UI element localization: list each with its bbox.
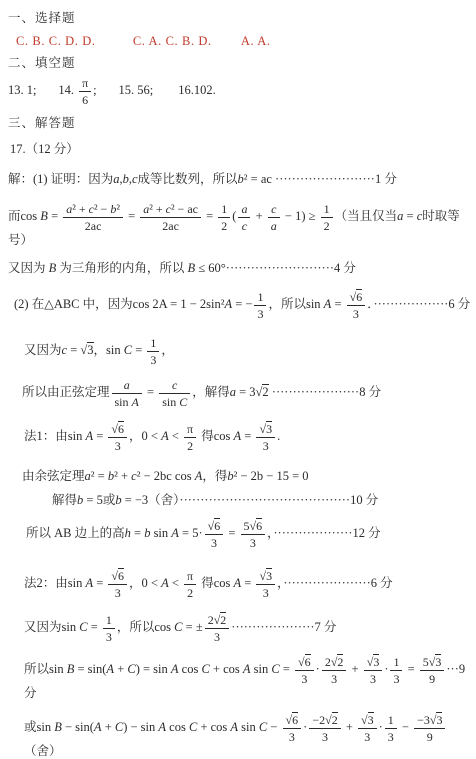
height-on-AB: 所以 AB 边上的高h = b sin A = 5·√63 = 5√63，···… [26, 519, 476, 549]
text-run: = [225, 525, 238, 539]
section-2-heading: 二、填空题 [8, 55, 476, 71]
radical: √6 [208, 518, 221, 533]
fraction: √33 [256, 569, 275, 599]
text-run: 一、选择题 [8, 11, 76, 25]
fraction: 13 [254, 290, 266, 320]
radical: √2 [325, 712, 338, 727]
cosC-value: 又因为sin C = 13，所以cos C = ±2√23···········… [24, 613, 476, 643]
text-run: + [343, 720, 356, 734]
multiple-choice-answers: C. B. C. D. D. C. A. C. B. D. A. A. [16, 33, 476, 49]
fraction: π2 [184, 422, 196, 452]
text-run: C. B. C. D. D. C. A. C. B. D. A. A. [16, 34, 271, 48]
fraction: a² + c² − b²2ac [63, 202, 123, 232]
text-run: (2) 在△ABC 中，因为cos 2A = 1 − 2sin²A = − [14, 297, 252, 311]
radical: √2 [256, 384, 269, 399]
fraction: −2√23 [309, 713, 340, 743]
text-run: · [379, 720, 383, 734]
radical: √3 [429, 654, 442, 669]
fraction: 2√23 [322, 655, 347, 685]
text-run: 或sin B − sin(A + C) − sin A cos C + cos … [24, 720, 281, 734]
radical: √6 [298, 654, 311, 669]
text-run: = [404, 661, 417, 675]
text-run: 所以sin B = sin(A + C) = sin A cos C + cos… [24, 661, 293, 675]
sinB-rejected-case: 或sin B − sin(A + C) − sin A cos C + cos … [24, 713, 476, 759]
fraction: √33 [358, 713, 377, 743]
text-run: 而cos B = [8, 208, 61, 222]
fraction: 5√63 [241, 519, 266, 549]
sinB-calculation: 所以sin B = sin(A + C) = sin A cos C + cos… [24, 655, 476, 701]
text-run: ，0 < A < [129, 429, 182, 443]
solution-step-2-sinA: (2) 在△ABC 中，因为cos 2A = 1 − 2sin²A = −13，… [14, 290, 476, 320]
fraction: 12 [321, 202, 333, 232]
radical: √3 [367, 654, 380, 669]
fraction: π6 [79, 76, 91, 106]
fraction: ac [238, 202, 250, 232]
text-run: 解得b = 5或b = −3（舍）·······················… [52, 493, 378, 507]
text-run: ，所以cos C = ± [117, 619, 203, 633]
text-run: 17.（12 分） [10, 142, 79, 156]
fraction: √63 [108, 569, 127, 599]
fraction: √63 [283, 713, 302, 743]
text-run: ．··················6 分 [367, 297, 470, 311]
text-run: = [144, 385, 157, 399]
radical: √6 [350, 289, 363, 304]
section-3-heading: 三、解答题 [8, 115, 476, 131]
answer-sheet-page: 一、选择题C. B. C. D. D. C. A. C. B. D. A. A.… [0, 0, 476, 759]
text-run: 又因为c = √3，sin C = [24, 342, 145, 357]
fraction: csin C [159, 378, 190, 408]
radical: √3 [259, 421, 272, 436]
document-content: 一、选择题C. B. C. D. D. C. A. C. B. D. A. A.… [0, 10, 476, 759]
fraction: a² + c² − ac2ac [140, 202, 201, 232]
text-run: ， [161, 343, 174, 357]
solution-step-1-proof: 解：(1) 证明：因为a,b,c成等比数列，所以b² = ac ········… [8, 171, 476, 187]
text-run: 又因为 B 为三角形的内角，所以 B ≤ 60°················… [8, 261, 356, 275]
fraction: 12 [218, 202, 230, 232]
text-run: 所以由正弦定理 [22, 385, 110, 399]
fraction: 13 [390, 655, 402, 685]
radical: √2 [214, 612, 227, 627]
radical: √3 [259, 568, 272, 583]
text-run: 得cos A = [198, 429, 254, 443]
fraction: √33 [256, 422, 275, 452]
text-run: ; 15. 56; 16.102. [93, 83, 216, 97]
fraction: √63 [205, 519, 224, 549]
fraction: √63 [295, 655, 314, 685]
text-run: = [125, 208, 138, 222]
text-run: ( [232, 208, 236, 222]
text-run: 解：(1) 证明：因为a,b,c成等比数列，所以b² = ac ········… [8, 172, 397, 186]
text-run: + [252, 208, 265, 222]
fraction: asin A [112, 378, 142, 408]
fraction: 13 [147, 336, 159, 366]
fraction: √63 [108, 422, 127, 452]
cosB-derivation: 而cos B = a² + c² − b²2ac = a² + c² − ac2… [8, 202, 476, 248]
radical: √3 [80, 342, 93, 357]
radical: √6 [286, 712, 299, 727]
text-run: ，所以sin A = [268, 297, 344, 311]
text-run: 所以 AB 边上的高h = b sin A = 5· [26, 525, 203, 539]
sine-rule-solve-a: 所以由正弦定理asin A = csin C，解得a = 3√2 ·······… [22, 378, 476, 408]
fraction: √63 [347, 290, 366, 320]
radical: √2 [331, 654, 344, 669]
text-run: 得cos A = [198, 575, 254, 589]
text-run: 三、解答题 [8, 116, 76, 130]
fraction: 2√23 [205, 613, 230, 643]
section-1-heading: 一、选择题 [8, 10, 476, 26]
method-2-cosA: 法2：由sin A = √63，0 < A < π2 得cos A = √33，… [24, 569, 476, 599]
text-run: 由余弦定理a² = b² + c² − 2bc cos A，得b² − 2b −… [22, 469, 309, 483]
radical: √6 [111, 421, 124, 436]
text-run: ，0 < A < [129, 575, 182, 589]
radical: √6 [111, 568, 124, 583]
text-run: · [384, 661, 388, 675]
text-run: − 1) ≥ [282, 208, 319, 222]
fraction: 5√39 [420, 655, 445, 685]
text-run: · [316, 661, 320, 675]
text-run: · [303, 720, 307, 734]
fill-in-blank-answers: 13. 1; 14. π6; 15. 56; 16.102. [8, 76, 476, 106]
text-run: 法1：由sin A = [24, 429, 106, 443]
radical: √3 [361, 712, 374, 727]
text-run: 二、填空题 [8, 56, 76, 70]
question-17-header: 17.（12 分） [10, 141, 476, 157]
given-c-sinC: 又因为c = √3，sin C = 13， [24, 336, 476, 366]
text-run: . [277, 429, 280, 443]
text-run: = [203, 208, 216, 222]
text-run: ，·····················6 分 [277, 575, 393, 589]
text-run: + [348, 661, 361, 675]
fraction: ca [268, 202, 280, 232]
fraction: π2 [184, 569, 196, 599]
method-1-cosA: 法1：由sin A = √63，0 < A < π2 得cos A = √33. [24, 422, 476, 452]
text-run: （舍） [24, 744, 62, 758]
radical: √3 [430, 712, 443, 727]
text-run: 法2：由sin A = [24, 575, 106, 589]
text-run: ，解得a = 3√2 ·····················8 分 [192, 384, 381, 399]
fraction: −3√39 [414, 713, 445, 743]
text-run: ，···················12 分 [267, 525, 380, 539]
solve-b: 解得b = 5或b = −3（舍）·······················… [52, 492, 476, 508]
text-run: 13. 1; 14. [8, 83, 77, 97]
text-run: − [399, 720, 412, 734]
fraction: 13 [385, 713, 397, 743]
cosine-rule-equation: 由余弦定理a² = b² + c² − 2bc cos A，得b² − 2b −… [22, 468, 476, 484]
radical: √6 [250, 518, 263, 533]
text-run: ····················7 分 [231, 619, 336, 633]
fraction: 13 [103, 613, 115, 643]
angle-B-conclusion: 又因为 B 为三角形的内角，所以 B ≤ 60°················… [8, 260, 476, 276]
fraction: √33 [364, 655, 383, 685]
text-run: 又因为sin C = [24, 619, 101, 633]
